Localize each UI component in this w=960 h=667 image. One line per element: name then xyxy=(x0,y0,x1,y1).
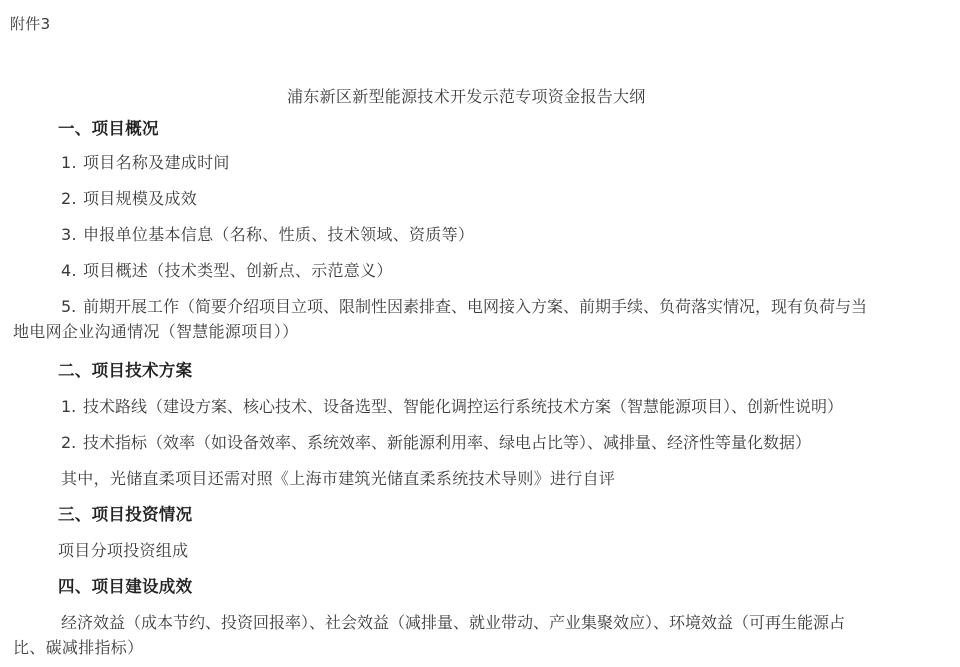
item-text: 技术指标（效率（如设备效率、系统效率、新能源利用率、绿电占比等）、减排量、经济性… xyxy=(83,433,811,452)
section-2-item-1: 1.技术路线（建设方案、核心技术、设备选型、智能化调控运行系统技术方案（智慧能源… xyxy=(61,397,843,417)
section-1-item-5: 5.前期开展工作（简要介绍项目立项、限制性因素排查、电网接入方案、前期手续、负荷… xyxy=(61,297,867,317)
item-text: 项目规模及成效 xyxy=(83,189,197,208)
section-4-body-continuation: 比、碳减排指标） xyxy=(13,638,143,658)
section-1-item-1: 1.项目名称及建成时间 xyxy=(61,153,230,173)
section-4-body: 经济效益（成本节约、投资回报率）、社会效益（减排量、就业带动、产业集聚效应）、环… xyxy=(61,613,845,633)
item-text: 技术路线（建设方案、核心技术、设备选型、智能化调控运行系统技术方案（智慧能源项目… xyxy=(83,397,843,416)
section-3-heading: 三、项目投资情况 xyxy=(58,505,192,525)
section-1-item-4: 4.项目概述（技术类型、创新点、示范意义） xyxy=(61,261,393,281)
section-1-heading: 一、项目概况 xyxy=(58,119,159,139)
section-3-body: 项目分项投资组成 xyxy=(58,541,188,561)
attachment-label: 附件3 xyxy=(10,14,50,34)
section-1-item-2: 2.项目规模及成效 xyxy=(61,189,197,209)
item-number: 4. xyxy=(61,261,83,281)
item-text: 前期开展工作（简要介绍项目立项、限制性因素排查、电网接入方案、前期手续、负荷落实… xyxy=(83,297,867,316)
section-2-note: 其中，光储直柔项目还需对照《上海市建筑光储直柔系统技术导则》进行自评 xyxy=(61,469,615,489)
section-1-item-5-continuation: 地电网企业沟通情况（智慧能源项目）） xyxy=(13,322,298,342)
item-text: 申报单位基本信息（名称、性质、技术领域、资质等） xyxy=(83,225,474,244)
item-number: 3. xyxy=(61,225,83,245)
item-number: 1. xyxy=(61,397,83,417)
item-number: 5. xyxy=(61,297,83,317)
section-1-item-3: 3.申报单位基本信息（名称、性质、技术领域、资质等） xyxy=(61,225,474,245)
item-number: 1. xyxy=(61,153,83,173)
section-2-item-2: 2.技术指标（效率（如设备效率、系统效率、新能源利用率、绿电占比等）、减排量、经… xyxy=(61,433,811,453)
document-title: 浦东新区新型能源技术开发示范专项资金报告大纲 xyxy=(287,87,646,107)
item-text: 项目名称及建成时间 xyxy=(83,153,230,172)
item-text: 项目概述（技术类型、创新点、示范意义） xyxy=(83,261,393,280)
section-2-heading: 二、项目技术方案 xyxy=(58,361,192,381)
section-4-heading: 四、项目建设成效 xyxy=(58,577,192,597)
item-number: 2. xyxy=(61,433,83,453)
item-number: 2. xyxy=(61,189,83,209)
